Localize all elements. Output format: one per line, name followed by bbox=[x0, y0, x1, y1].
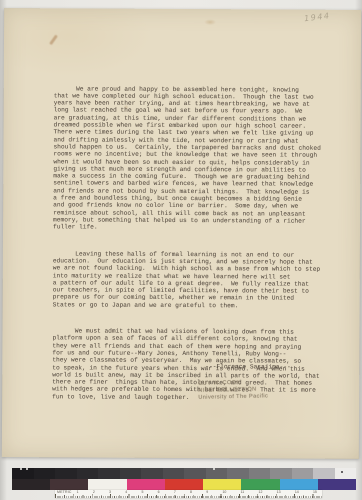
color-patch-yellow bbox=[203, 479, 241, 490]
signature: ---Florence Sasajima--- bbox=[205, 363, 290, 370]
color-patch-dark-brown bbox=[50, 479, 88, 490]
ruler-number: 6 bbox=[158, 490, 160, 494]
ruler-number: 1 bbox=[77, 490, 79, 494]
grayscale-step bbox=[270, 468, 292, 479]
ruler-number: 7 bbox=[174, 490, 176, 494]
registration-mark bbox=[20, 468, 22, 470]
grayscale-step bbox=[184, 468, 206, 479]
registration-mark bbox=[213, 468, 215, 470]
ruler-number: 9 bbox=[206, 490, 208, 494]
grayscale-step bbox=[249, 468, 271, 479]
grayscale-step bbox=[98, 468, 120, 479]
ruler-number: 15 bbox=[313, 490, 317, 494]
registration-mark bbox=[26, 468, 28, 470]
paragraph-2: Leaving these halls of formal learning i… bbox=[53, 250, 335, 310]
ruler-number: 10 bbox=[222, 490, 226, 494]
grayscale-step bbox=[34, 468, 56, 479]
color-patch-cyan bbox=[280, 479, 318, 490]
ruler-number: 12 bbox=[259, 490, 263, 494]
ruler-numbers: METRIC 123456789101112131415 bbox=[55, 490, 322, 494]
scanned-paper: 1944 We are proud and happy to be assemb… bbox=[2, 8, 361, 459]
grayscale-step bbox=[120, 468, 142, 479]
grayscale-strip bbox=[12, 468, 356, 479]
color-patch-black bbox=[12, 479, 50, 490]
collection-stamp: GUY W. COOK NISEI COLLECTION University … bbox=[198, 378, 328, 402]
grayscale-step bbox=[141, 468, 163, 479]
grayscale-step bbox=[12, 468, 34, 479]
paragraph-1: We are proud and happy to be assembled h… bbox=[53, 85, 336, 232]
metric-ruler: METRIC 123456789101112131415 bbox=[55, 490, 322, 498]
grayscale-step bbox=[227, 468, 249, 479]
color-patch-green bbox=[241, 479, 279, 490]
calibration-bar: METRIC 123456789101112131415 bbox=[12, 468, 356, 498]
color-patch-purple bbox=[318, 479, 356, 490]
ruler-number-row: 123456789101112131415 bbox=[72, 490, 322, 494]
color-strip bbox=[12, 479, 356, 490]
ruler-number: 14 bbox=[295, 490, 299, 494]
dust-speck bbox=[341, 471, 343, 473]
grayscale-step bbox=[292, 468, 314, 479]
grayscale-step bbox=[313, 468, 335, 479]
ruler-label: METRIC bbox=[55, 490, 72, 494]
grayscale-step bbox=[55, 468, 77, 479]
ruler-number: 13 bbox=[277, 490, 281, 494]
grayscale-step bbox=[206, 468, 228, 479]
paper-stain bbox=[204, 19, 216, 25]
ruler-number: 2 bbox=[93, 490, 95, 494]
ruler-number: 11 bbox=[241, 490, 245, 494]
typed-text: We are proud and happy to be assembled h… bbox=[52, 70, 336, 421]
paper-stain bbox=[49, 34, 58, 45]
ruler-number: 4 bbox=[125, 490, 127, 494]
grayscale-step bbox=[163, 468, 185, 479]
color-patch-red bbox=[165, 479, 203, 490]
ruler-number: 3 bbox=[109, 490, 111, 494]
ruler-ticks bbox=[55, 494, 322, 498]
ruler-number: 8 bbox=[190, 490, 192, 494]
grayscale-step bbox=[77, 468, 99, 479]
color-patch-magenta bbox=[127, 479, 165, 490]
color-patch-white bbox=[88, 479, 126, 490]
ruler-number: 5 bbox=[141, 490, 143, 494]
pencil-note: 1944 bbox=[304, 11, 331, 23]
grayscale-step bbox=[335, 468, 357, 479]
